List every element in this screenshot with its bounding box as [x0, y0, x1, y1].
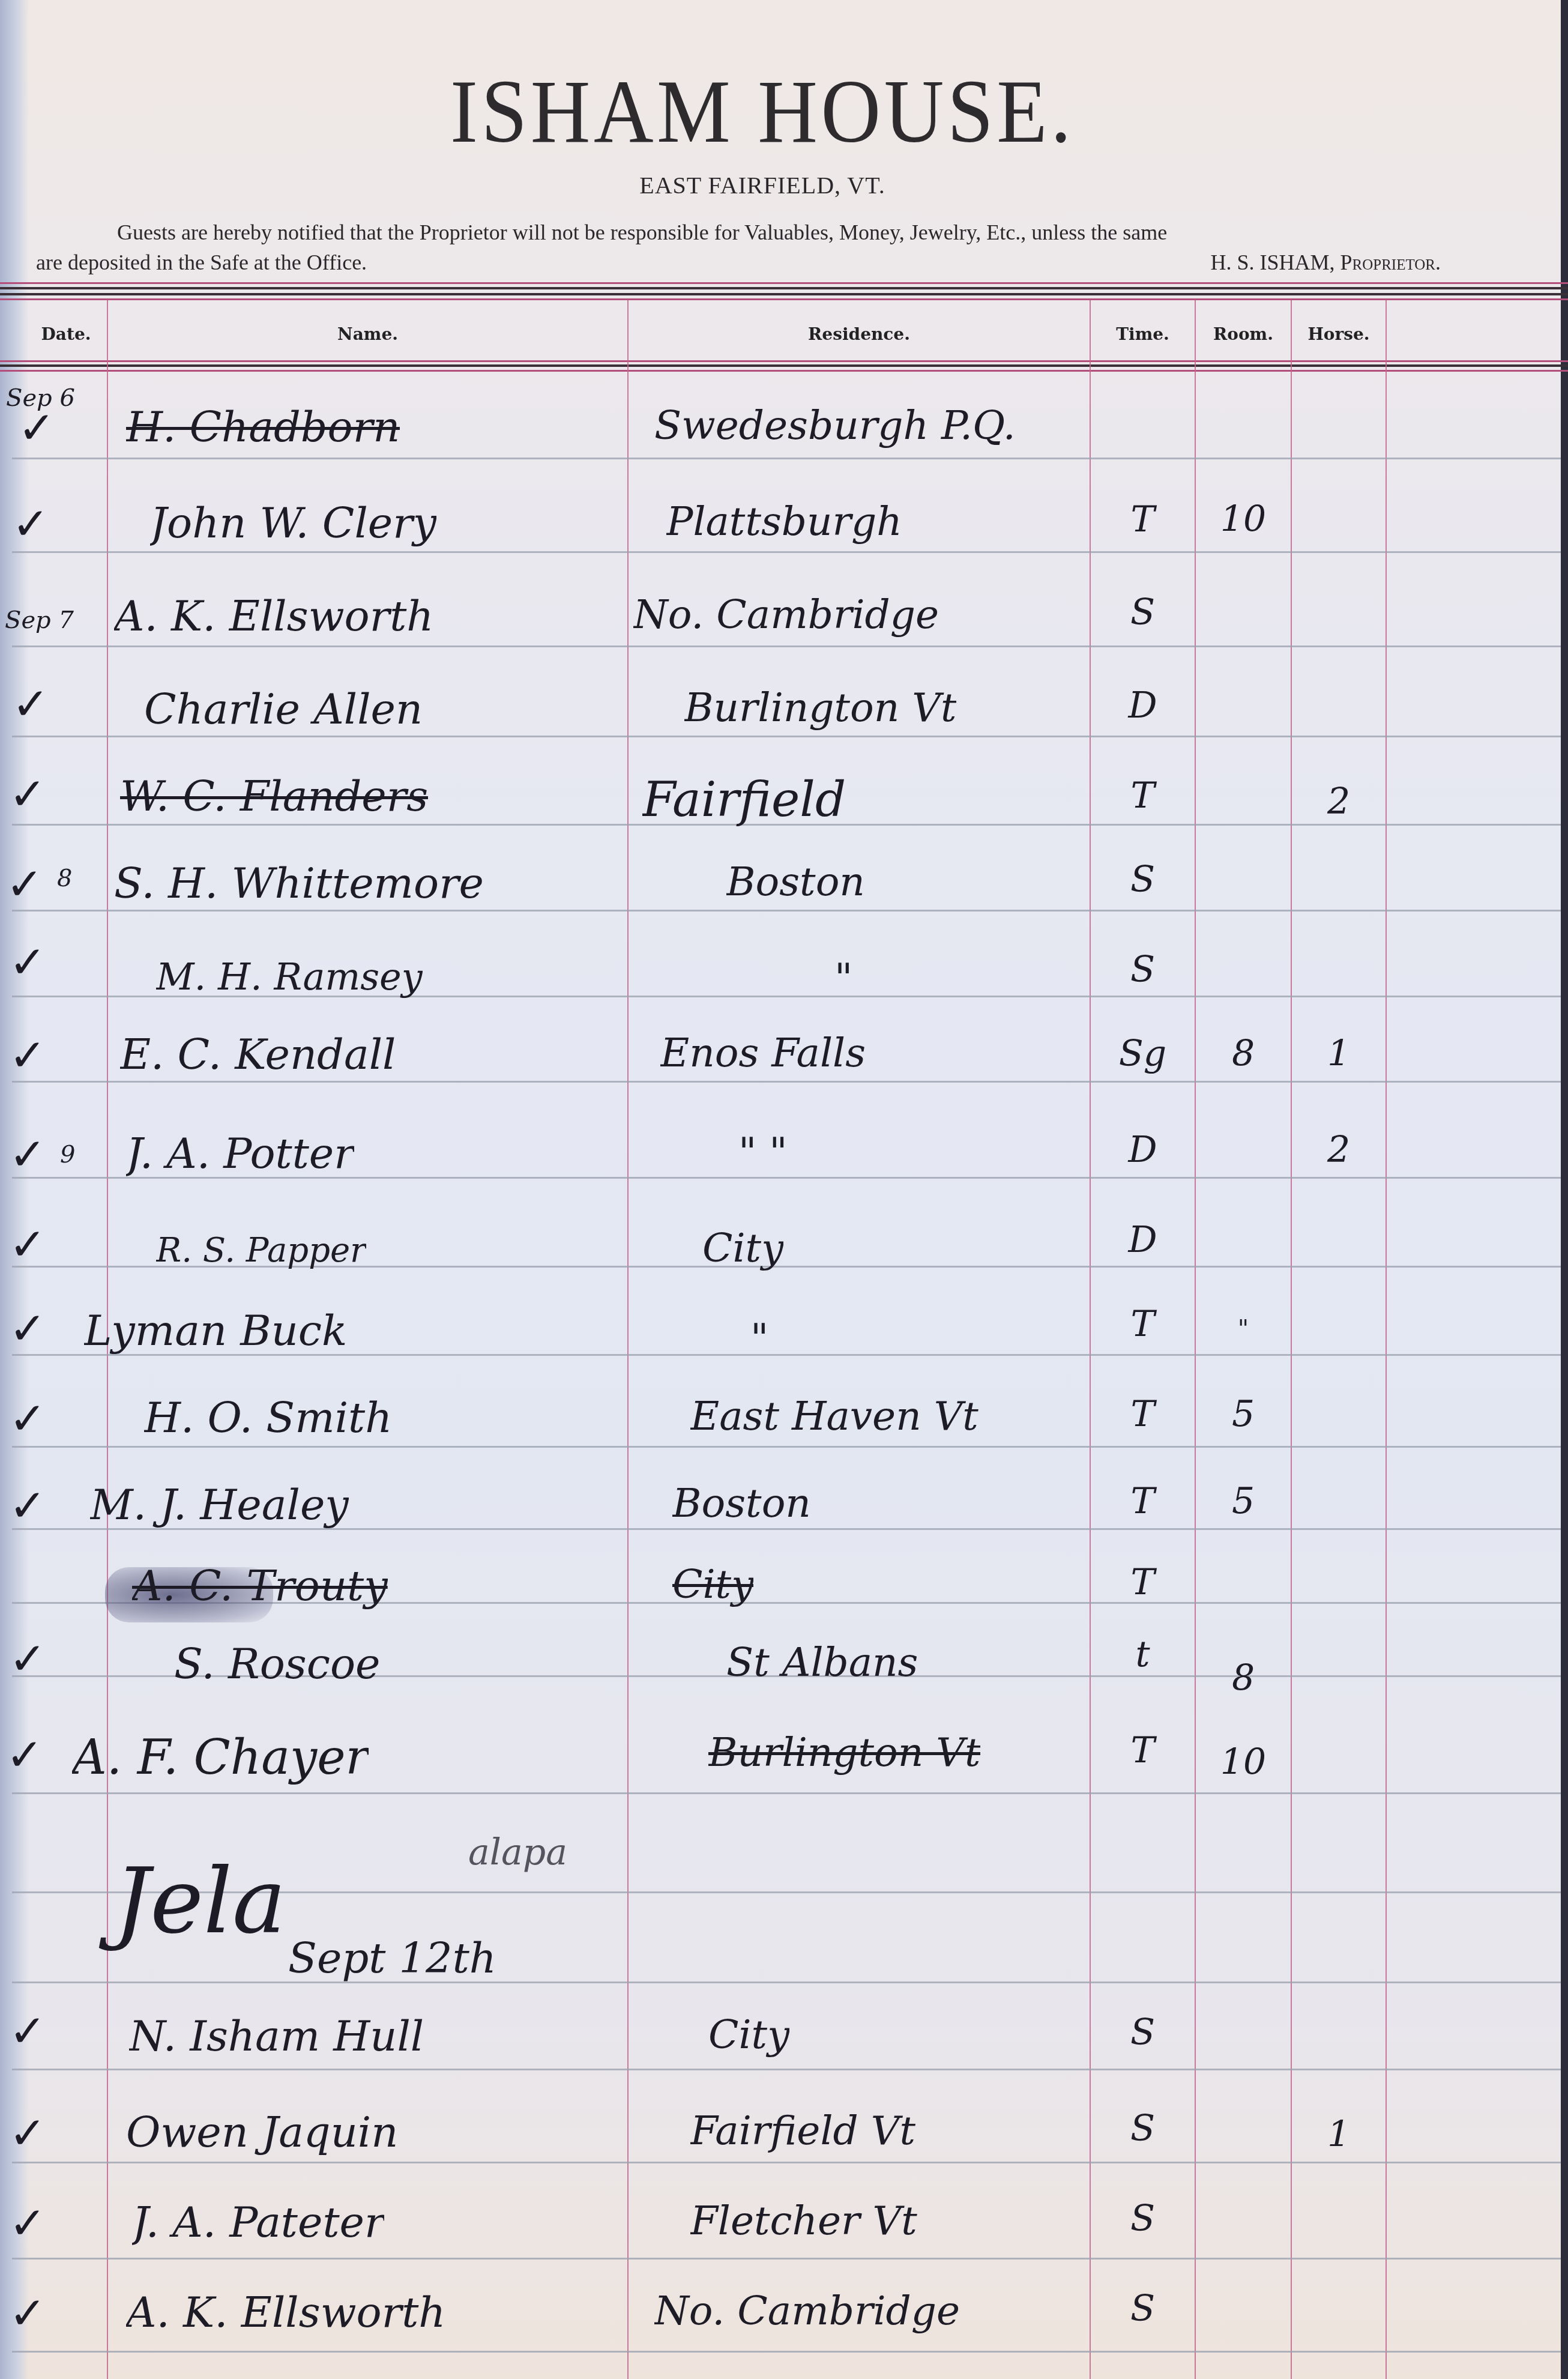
check-mark-icon: ✓: [9, 1303, 46, 1355]
guest-residence: Enos Falls: [660, 1030, 866, 1076]
guest-residence: ": [834, 955, 852, 1001]
column-header-room: Room.: [1196, 324, 1291, 344]
entry-time: T: [1091, 1303, 1195, 1345]
header-rule: [0, 298, 1568, 300]
guest-name: John W. Clery: [150, 498, 436, 548]
notice-line-2-text: are deposited in the Safe at the Office.: [36, 247, 367, 277]
entry-horse: 1: [1292, 1033, 1386, 1075]
guest-name: Charlie Allen: [144, 685, 423, 734]
entry-time: S: [1091, 591, 1195, 633]
header-rule: [0, 293, 1568, 295]
header-rule: [0, 282, 1568, 284]
guest-residence: Fairfield Vt: [690, 2108, 915, 2154]
entry-time: D: [1091, 1219, 1195, 1261]
annotation-aside: alapa: [468, 1831, 567, 1873]
guest-residence: Swedesburgh P.Q.: [654, 402, 1016, 449]
column-header-horse: Horse.: [1292, 324, 1386, 344]
guest-residence: Fairfield: [642, 772, 846, 827]
guest-name: E. C. Kendall: [120, 1030, 396, 1079]
entry-date: 8: [57, 865, 72, 892]
guest-residence: Boston: [672, 1480, 811, 1526]
row-rule: [12, 736, 1561, 737]
check-mark-icon: ✓: [9, 769, 46, 820]
entry-horse: 1: [1292, 2114, 1386, 2156]
guest-residence: St Albans: [726, 1639, 918, 1685]
page-edge: [1561, 0, 1568, 2379]
row-rule: [12, 910, 1561, 911]
check-mark-icon: ✓: [9, 1219, 46, 1271]
entry-time: T: [1091, 498, 1195, 540]
entry-time: S: [1091, 859, 1195, 901]
guest-name: A. K. Ellsworth: [114, 591, 433, 641]
entry-time: T: [1091, 1729, 1195, 1771]
entry-room: 10: [1196, 1741, 1291, 1783]
entry-room: 5: [1196, 1480, 1291, 1522]
check-mark-icon: ✓: [6, 859, 43, 910]
guest-name: W. C. Flanders: [120, 772, 428, 821]
notice-line-2: are deposited in the Safe at the Office.…: [36, 247, 1489, 277]
guest-residence: No. Cambridge: [633, 591, 939, 638]
entry-room: ": [1196, 1315, 1291, 1343]
check-mark-icon: ✓: [18, 402, 55, 454]
check-mark-icon: ✓: [9, 1129, 46, 1180]
guest-residence: Burlington Vt: [684, 685, 956, 731]
entry-time: S: [1091, 2012, 1195, 2054]
guest-residence: City: [708, 2012, 789, 2058]
header-rule: [0, 370, 1568, 372]
column-header-residence: Residence.: [629, 324, 1090, 344]
guest-residence: City: [702, 1225, 783, 1271]
row-rule: [12, 551, 1561, 553]
row-rule: [12, 1446, 1561, 1448]
guest-name: S. Roscoe: [174, 1639, 381, 1688]
column-divider: [1291, 300, 1292, 2379]
column-header-time: Time.: [1091, 324, 1195, 344]
header-rule: [0, 364, 1568, 367]
guest-residence: ": [750, 1315, 768, 1361]
header-rule: [0, 360, 1568, 362]
check-mark-icon: ✓: [9, 2006, 46, 2057]
entry-room: 5: [1196, 1393, 1291, 1435]
entry-room: 10: [1196, 498, 1291, 540]
column-header-date: Date.: [24, 324, 108, 344]
notice-line-1: Guests are hereby notified that the Prop…: [36, 217, 1489, 247]
entry-room: 8: [1196, 1033, 1291, 1075]
check-mark-icon: ✓: [9, 1030, 46, 1081]
guest-residence: Burlington Vt: [708, 1729, 980, 1776]
guest-name: H. O. Smith: [144, 1393, 392, 1442]
guest-name: J. A. Pateter: [132, 2198, 384, 2247]
entry-time: T: [1091, 1480, 1195, 1522]
entry-time: T: [1091, 775, 1195, 817]
check-mark-icon: ✓: [12, 679, 49, 730]
column-divider: [627, 300, 629, 2379]
entry-time: T: [1091, 1561, 1195, 1603]
guest-name: Lyman Buck: [84, 1306, 347, 1355]
row-rule: [12, 2351, 1561, 2353]
guest-notice: Guests are hereby notified that the Prop…: [36, 217, 1489, 277]
guest-name: A. C. Trouty: [132, 1561, 388, 1610]
guest-residence: Plattsburgh: [666, 498, 902, 545]
header-rule: [0, 287, 1568, 289]
check-mark-icon: ✓: [9, 2198, 46, 2249]
check-mark-icon: ✓: [9, 1480, 46, 1532]
entry-time: T: [1091, 1393, 1195, 1435]
guest-name: H. Chadborn: [126, 402, 400, 452]
row-rule: [12, 2162, 1561, 2163]
guest-name: J. A. Potter: [126, 1129, 354, 1178]
check-mark-icon: ✓: [9, 1633, 46, 1685]
guest-name: S. H. Whittemore: [114, 859, 484, 908]
annotation-signature: Jela: [114, 1849, 286, 1954]
check-mark-icon: ✓: [6, 1729, 43, 1781]
guest-name: Owen Jaquin: [126, 2108, 398, 2157]
row-rule: [12, 1081, 1561, 1083]
row-rule: [12, 458, 1561, 459]
guest-residence: No. Cambridge: [654, 2288, 960, 2334]
check-mark-icon: ✓: [9, 2288, 46, 2339]
row-rule: [12, 1981, 1561, 1983]
hotel-title: ISHAM HOUSE.: [61, 60, 1464, 163]
entry-date: Sep 7: [5, 606, 74, 634]
entry-time: D: [1091, 1129, 1195, 1171]
guest-residence: East Haven Vt: [690, 1393, 978, 1439]
guest-name: M. J. Healey: [90, 1480, 349, 1529]
entry-time: S: [1091, 2108, 1195, 2150]
guest-residence: " ": [738, 1129, 788, 1175]
entry-date: 9: [60, 1141, 75, 1168]
column-divider: [1386, 300, 1387, 2379]
guest-name: M. H. Ramsey: [156, 955, 423, 999]
check-mark-icon: ✓: [9, 1393, 46, 1445]
proprietor-signature: H. S. ISHAM, Proprietor.: [1210, 247, 1441, 277]
entry-time: Sg: [1091, 1033, 1195, 1075]
guest-residence: Fletcher Vt: [690, 2198, 917, 2244]
row-rule: [12, 1792, 1561, 1794]
entry-time: D: [1091, 685, 1195, 727]
guest-name: N. Isham Hull: [129, 2012, 424, 2061]
entry-time: S: [1091, 2198, 1195, 2240]
annotation-date: Sept 12th: [288, 1933, 496, 1983]
check-mark-icon: ✓: [12, 498, 49, 550]
entry-time: t: [1091, 1633, 1195, 1675]
entry-room: 8: [1196, 1657, 1291, 1699]
entry-time: S: [1091, 949, 1195, 991]
check-mark-icon: ✓: [9, 2108, 46, 2159]
column-header-name: Name.: [108, 324, 627, 344]
row-rule: [12, 2069, 1561, 2070]
guest-name: A. F. Chayer: [72, 1729, 369, 1785]
register-page: ISHAM HOUSE. EAST FAIRFIELD, VT. Guests …: [0, 0, 1568, 2379]
entry-time: S: [1091, 2288, 1195, 2330]
guest-residence: Boston: [726, 859, 865, 905]
hotel-location: EAST FAIRFIELD, VT.: [0, 171, 1525, 199]
entry-horse: 2: [1292, 1129, 1386, 1171]
guest-name: A. K. Ellsworth: [126, 2288, 445, 2337]
guest-residence: City: [672, 1561, 753, 1607]
entry-horse: 2: [1292, 781, 1386, 823]
row-rule: [12, 645, 1561, 647]
guest-name: R. S. Papper: [156, 1231, 366, 1270]
check-mark-icon: ✓: [9, 937, 46, 988]
row-rule: [12, 2258, 1561, 2260]
